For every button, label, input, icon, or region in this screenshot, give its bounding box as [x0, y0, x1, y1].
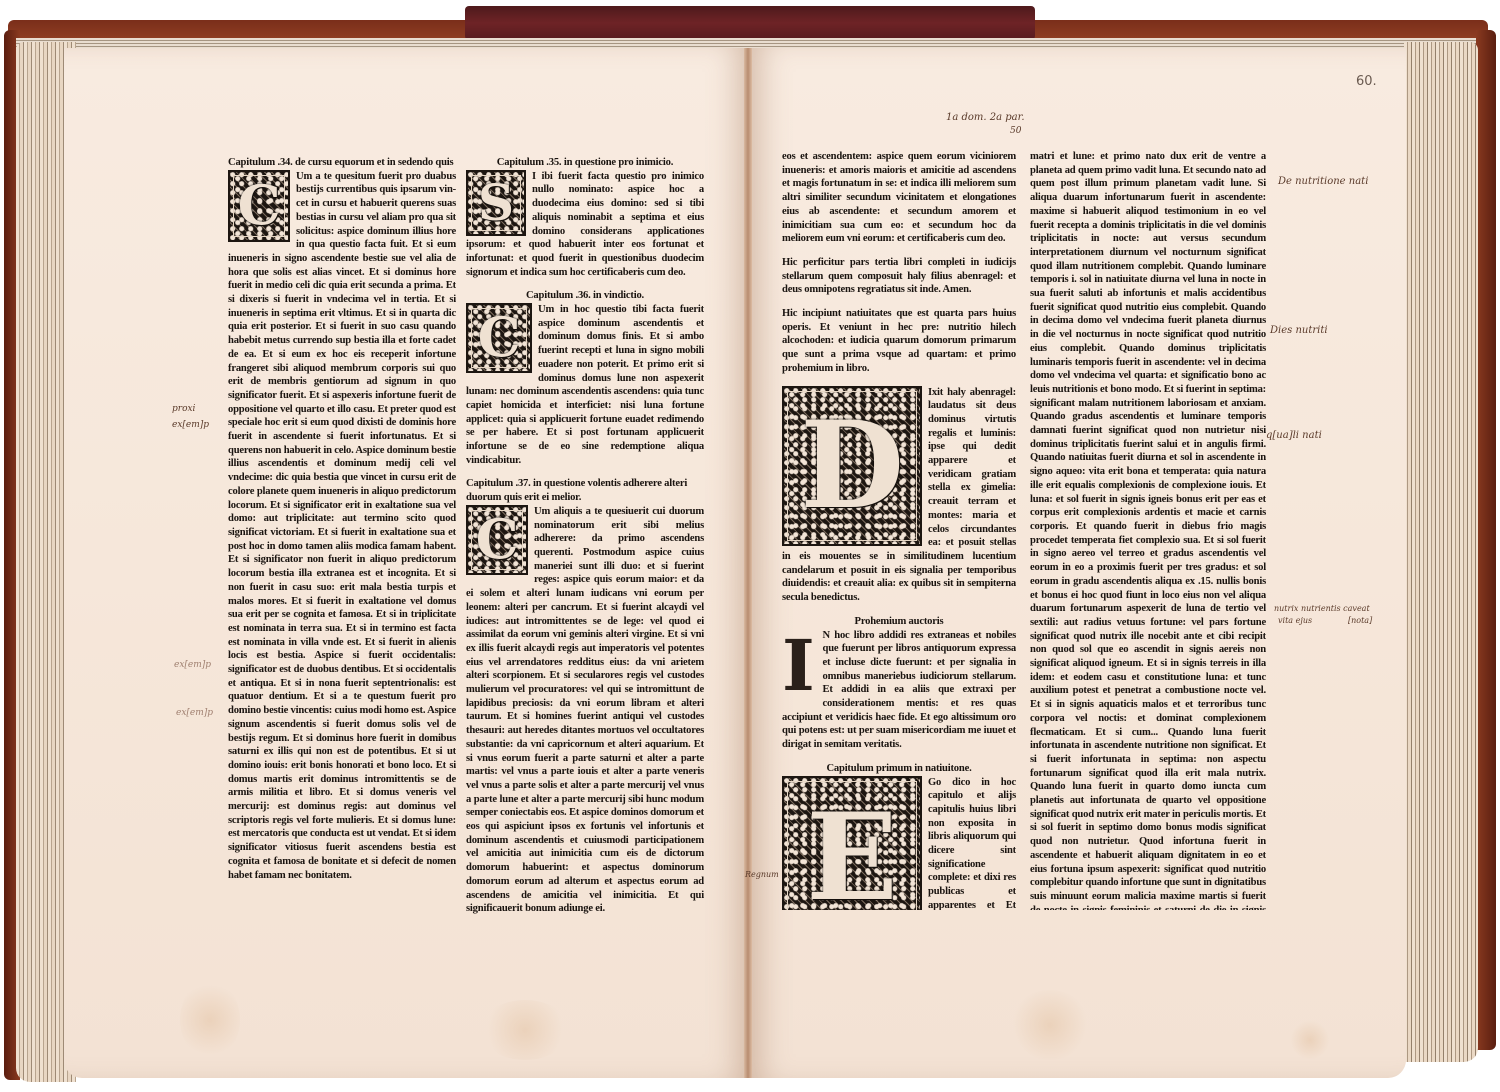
marginal-note: Dies nutriti — [1270, 325, 1328, 336]
paragraph: Um a te quesitum fuerit pro duabus besti… — [228, 170, 456, 883]
incipit-paragraph: Hic incipiunt natiuitates que est quarta… — [782, 307, 1016, 376]
marginal-note: Regnum — [745, 870, 779, 879]
foxing-stain — [1010, 990, 1090, 1060]
chapter-heading: Capitulum .34. de cursu equorum et in se… — [228, 156, 456, 170]
chapter-heading: Capitulum .35. in questione pro inimicio… — [466, 156, 704, 170]
marginal-note: 50 — [1010, 126, 1021, 136]
woodcut-initial-d: D — [782, 386, 922, 546]
marginal-note: De nutritione nati — [1278, 176, 1368, 187]
marginal-note: ex[em]p — [172, 420, 209, 430]
marginal-note: [nota] — [1348, 616, 1372, 625]
paragraph: N hoc libro addidi res extraneas et nobi… — [782, 629, 1016, 752]
foxing-stain — [1290, 1020, 1330, 1060]
foxing-stain — [180, 980, 240, 1060]
explicit-paragraph: Hic perficitur pars tertia libri complet… — [782, 256, 1016, 297]
marginal-note: nutrix nutrientis caveat — [1274, 604, 1370, 613]
woodcut-initial-c: C — [466, 505, 528, 575]
marginal-note: ex[em]p — [174, 660, 211, 670]
marginal-note: vita ejus — [1278, 616, 1312, 625]
foxing-stain — [480, 1000, 570, 1060]
right-column-1: eos et ascendentem: aspice quem eorum vi… — [782, 150, 1016, 910]
page-edges-right — [1404, 42, 1478, 1062]
marginal-note: q[ua]li nati — [1266, 430, 1322, 441]
left-column-2: Capitulum .35. in questione pro inimicio… — [466, 156, 704, 916]
woodcut-initial-s: S — [466, 170, 526, 236]
folio-number: 60. — [1356, 74, 1377, 89]
woodcut-initial-e: E — [782, 776, 922, 910]
open-book: Capitulum .34. de cursu equorum et in se… — [0, 0, 1500, 1092]
binding-right-board — [1476, 30, 1496, 1050]
left-column-1: Capitulum .34. de cursu equorum et in se… — [228, 156, 456, 916]
marginal-note: proxi — [172, 404, 195, 414]
right-column-2: matri et lune: et primo nato dux erit de… — [1030, 150, 1266, 910]
gutter — [744, 48, 752, 1078]
woodcut-initial-c: C — [466, 303, 532, 373]
initial-i: I — [782, 629, 815, 703]
section-heading: Prohemium auctoris — [782, 615, 1016, 629]
binding-spine — [465, 6, 1035, 40]
marginal-note: 1a dom. 2a par. — [946, 112, 1025, 123]
paragraph: matri et lune: et primo nato dux erit de… — [1030, 150, 1266, 910]
chapter-heading: Capitulum primum in natiuitone. — [782, 762, 1016, 776]
paragraph: eos et ascendentem: aspice quem eorum vi… — [782, 150, 1016, 246]
chapter-heading: Capitulum .36. in vindictio. — [466, 289, 704, 303]
woodcut-initial-c: C — [228, 170, 290, 242]
marginal-note: ex[em]p — [176, 708, 213, 718]
chapter-heading: Capitulum .37. in questione volentis adh… — [466, 477, 704, 504]
